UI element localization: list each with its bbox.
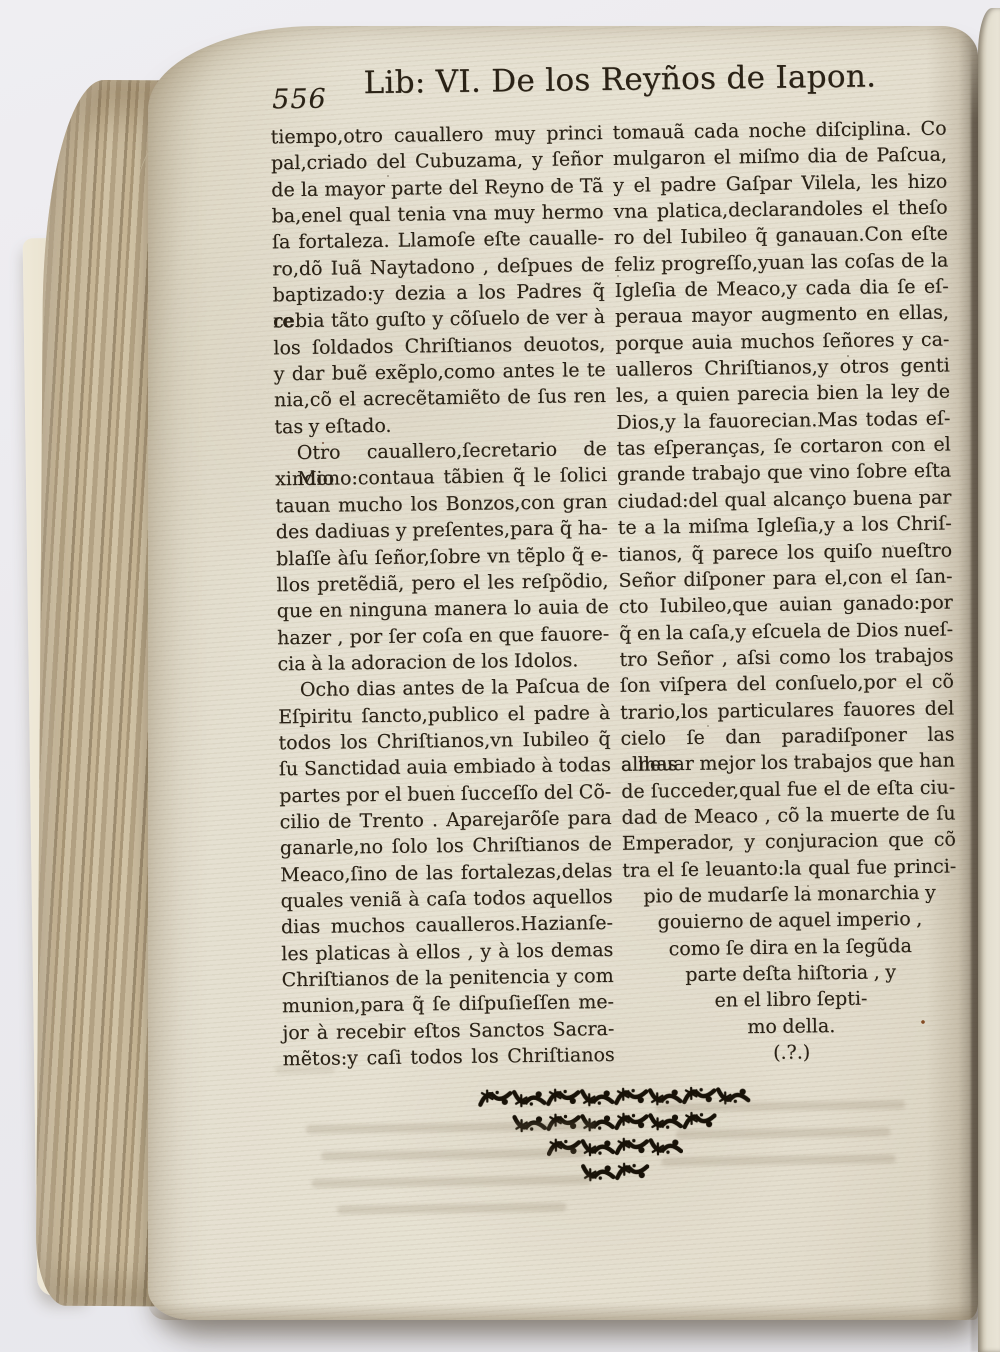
text-line: ſu Sanctidad auia embiado à todas — [279, 752, 611, 783]
text-line: cto Iubileo,que auian ganado:por — [619, 590, 953, 621]
text-line: les, a quien parecia bien la ley de — [616, 379, 950, 410]
printed-content: 556 Lib: VI. De los Reyños de Iapon. tie… — [141, 21, 988, 1326]
book-photo: { "book_page": { "page_number": "556", "… — [0, 0, 1000, 1352]
running-title: Lib: VI. De los Reyños de Iapon. — [292, 57, 948, 102]
text-line: munion,para q̃ ſe diſpuſieſſen me- — [282, 989, 614, 1020]
text-line: a lleuar mejor los trabajos que han — [621, 748, 955, 779]
text-line: xindono:contaua tãbien q̃ le ſolici — [275, 462, 607, 493]
text-line: (.?.) — [625, 1037, 959, 1068]
text-line: peraua mayor augmento en ellas, — [615, 300, 949, 331]
text-line: mulgaron el miſmo dia de Paſcua, — [613, 142, 947, 173]
showthrough-line — [655, 1100, 905, 1112]
text-line: Emperador, y conjuracion que cõ — [622, 827, 956, 858]
showthrough-line — [311, 1175, 591, 1188]
text-line: blaſſe àſu ſeñor,ſobre vn tẽplo q̃ e- — [276, 541, 608, 572]
text-line: ganarle,no ſolo los Chriſtianos de — [280, 831, 612, 862]
text-column-right: tomauã cada noche diſciplina. Comulgaron… — [612, 115, 958, 1068]
text-line: ſon viſpera del conſuelo,por el cõ — [620, 669, 954, 700]
text-line: cebia tãto guſto y cõſuelo de ver à — [273, 304, 605, 335]
text-line: dias muchos caualleros.Hazianſe- — [281, 910, 613, 941]
text-line: Ocho dias antes de la Paſcua de — [278, 673, 610, 704]
text-line: que en ninguna manera lo auia de — [277, 594, 609, 625]
text-line: ſa fortaleza. Llamoſe eſte caualle- — [272, 225, 604, 256]
fleuron-vine-icon — [581, 1159, 649, 1184]
text-line: ro del Iubileo q̃ ganauan.Con eſte — [614, 221, 948, 252]
showthrough-line — [275, 1065, 335, 1075]
text-line: como ſe dira en la ſegũda — [623, 932, 957, 963]
showthrough-line — [661, 1154, 896, 1166]
text-line: nia,cõ el acrecẽtamiẽto de ſus ren — [274, 383, 606, 414]
ornament-row — [581, 1159, 649, 1184]
text-column-left: tiempo,otro cauallero muy principal,cria… — [270, 120, 614, 1073]
text-line: des dadiuas y preſentes,para q̃ ha- — [276, 515, 608, 546]
text-line: grande trabajo que vino ſobre eſta — [617, 458, 951, 489]
text-line: gouierno de aquel imperio , — [623, 906, 957, 937]
text-line: pal,criado del Cubuzama, y ſeñor — [271, 146, 603, 177]
text-line: tianos, q̃ parece los quiſo nueſtro — [618, 537, 952, 568]
showthrough-line — [337, 1203, 567, 1215]
text-line: hazer , por ſer coſa en que fauore- — [277, 620, 609, 651]
showthrough-line — [676, 1127, 891, 1139]
text-line: te a la miſma Igleſia,y a los Chriſ- — [618, 511, 952, 542]
